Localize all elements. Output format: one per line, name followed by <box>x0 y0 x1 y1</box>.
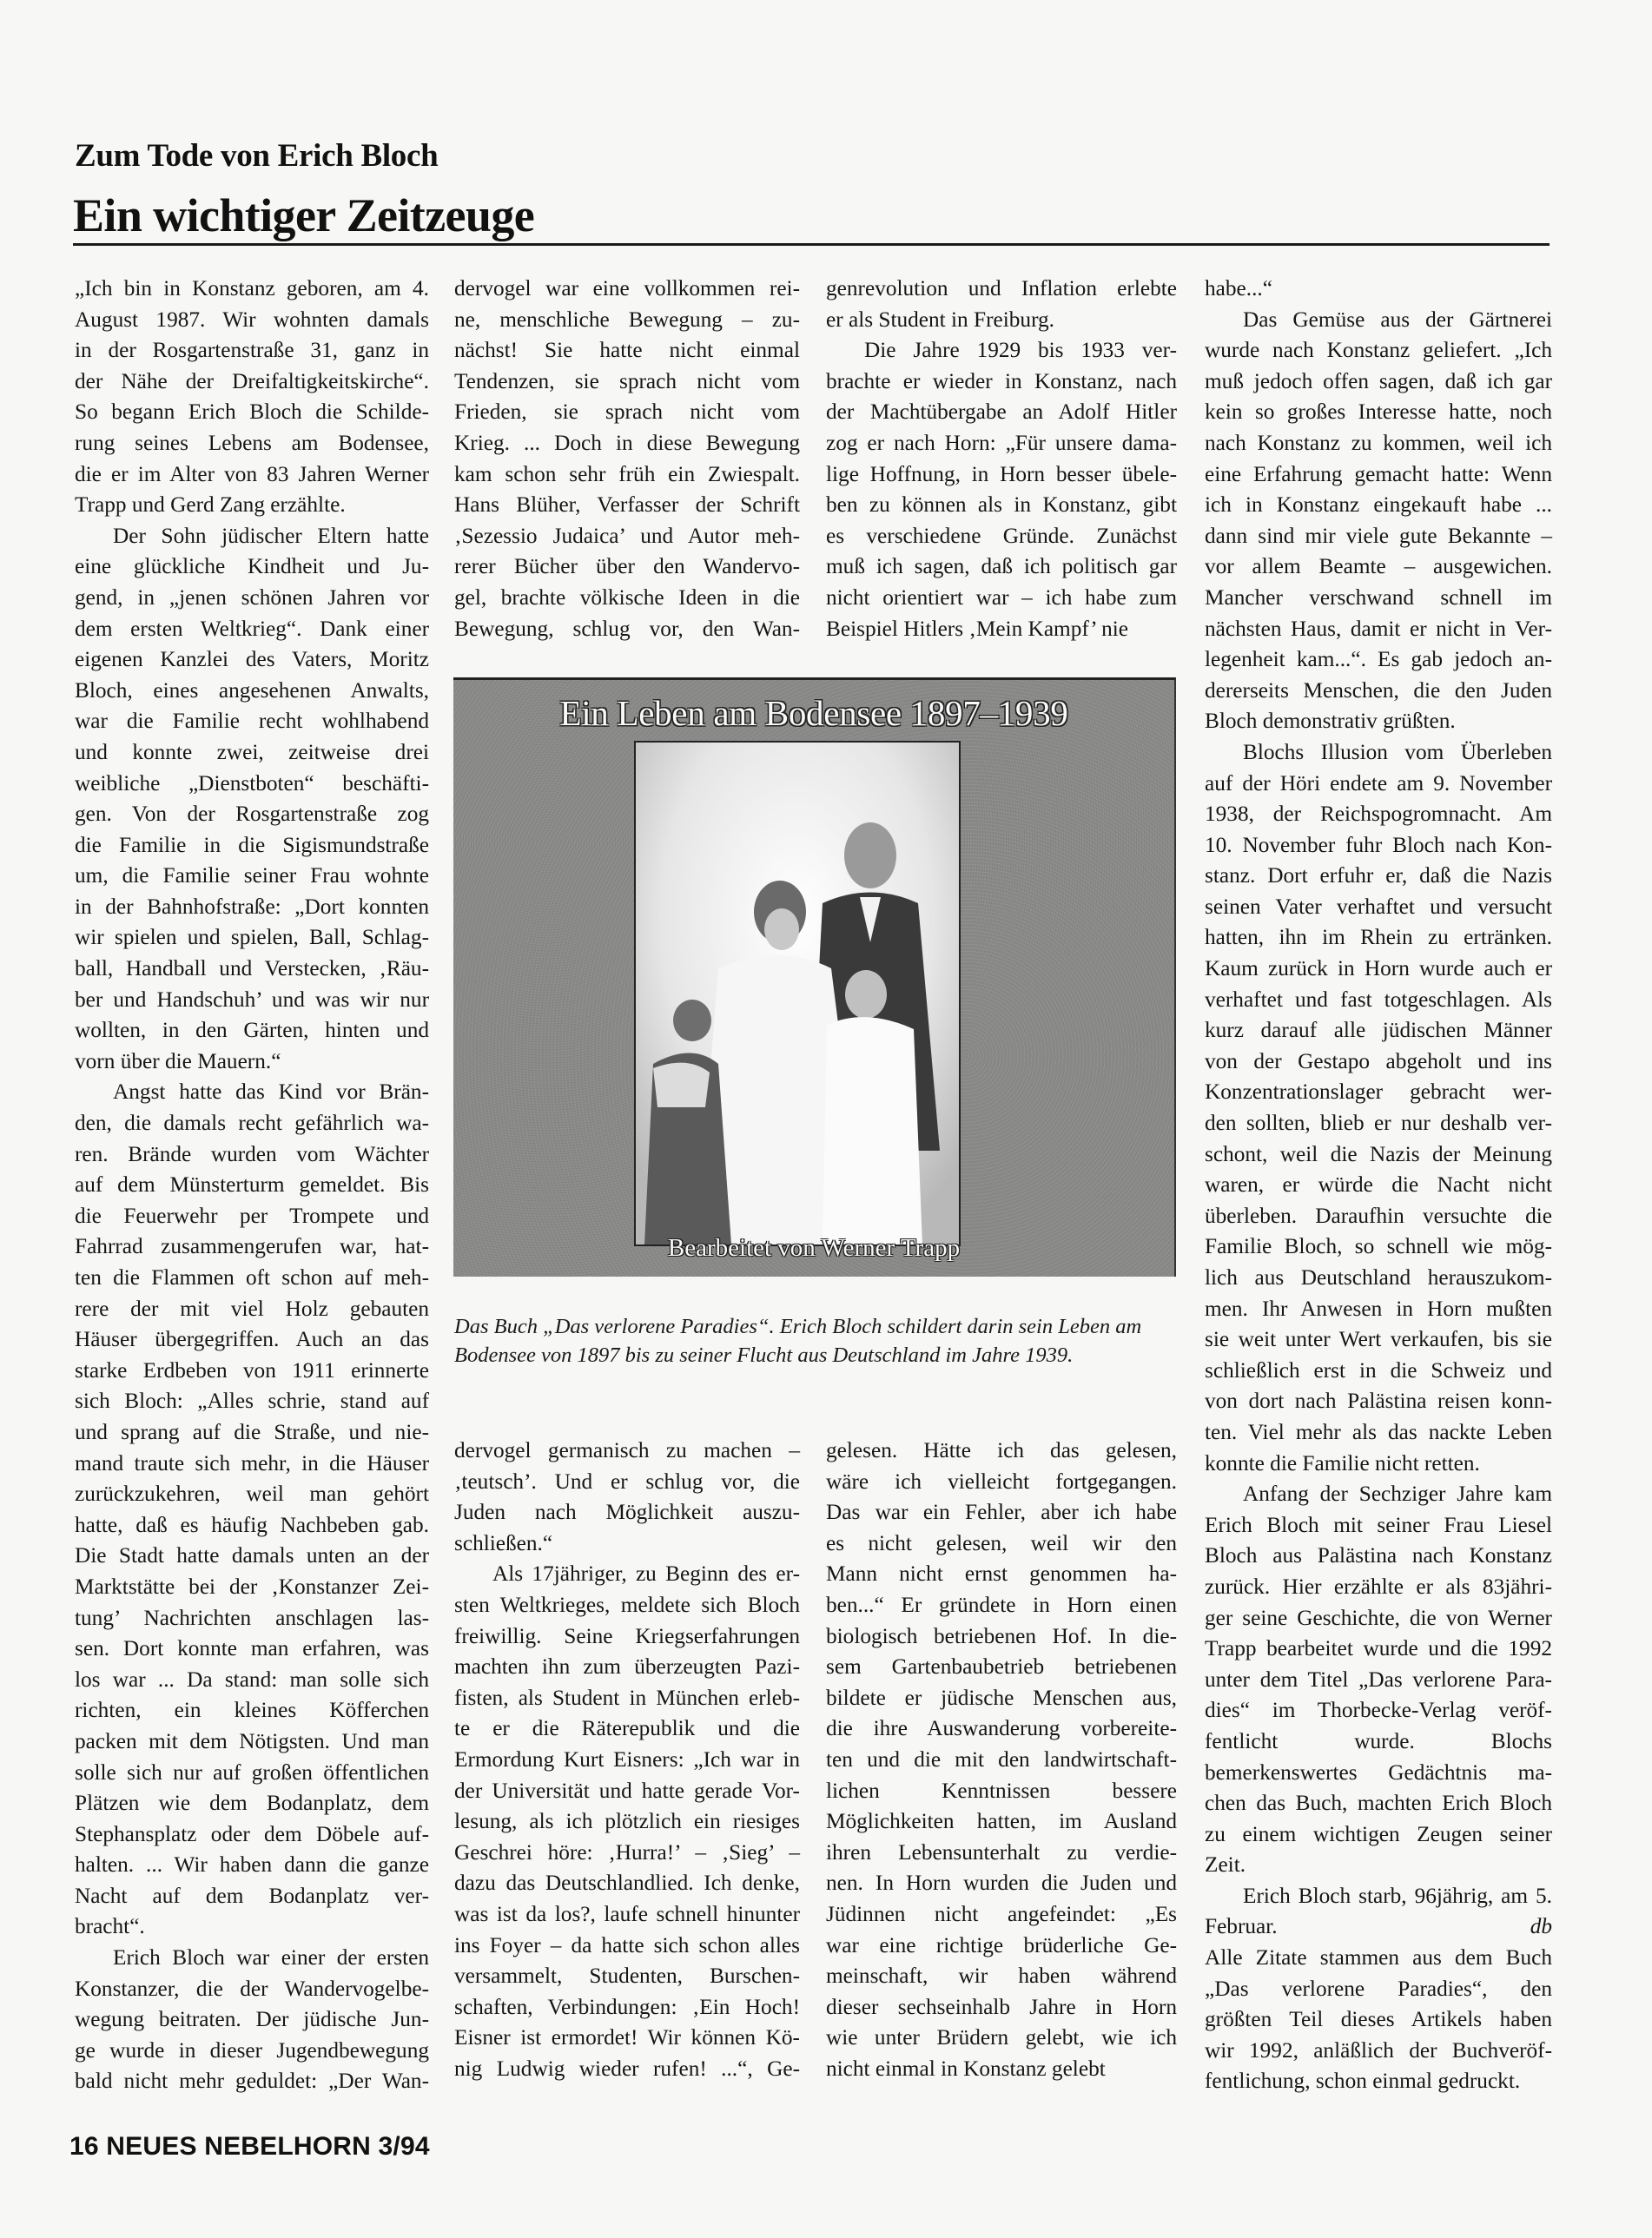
text-line: waren, er würde die Nacht nicht <box>1205 1170 1552 1201</box>
text-line: konnte die Familie nicht retten. <box>1205 1449 1552 1480</box>
text-line: schont, weil die Nazis der Meinung <box>1205 1139 1552 1171</box>
text-line: schaften, Verbindungen: ‚Ein Hoch! <box>454 1992 800 2023</box>
text-line: unter dem Titel „Das verlorene Para- <box>1205 1665 1552 1696</box>
text-line: So begann Erich Bloch die Schilde- <box>75 397 429 428</box>
column-1: „Ich bin in Konstanz geboren, am 4.Augus… <box>75 274 429 2097</box>
text-line: chen das Buch, machten Erich Bloch <box>1205 1788 1552 1819</box>
text-line: versammelt, Studenten, Burschen- <box>454 1961 800 1992</box>
text-line: es nicht gelesen, weil wir den <box>826 1528 1177 1560</box>
text-line: vorn über die Mauern.“ <box>75 1046 429 1078</box>
text-line: zurückzukehren, weil man gehört <box>75 1479 429 1510</box>
text-line: „Ich bin in Konstanz geboren, am 4. <box>75 274 429 305</box>
text-line: was ist da los?, laufe schnell hinunter <box>454 1899 800 1931</box>
column-3-top: genrevolution und Inflation erlebteer al… <box>826 274 1177 644</box>
text-line: eine Erfahrung gemacht hatte: Wenn <box>1205 459 1552 491</box>
text-line: Ermordung Kurt Eisners: „Ich war in <box>454 1745 800 1776</box>
text-line: vor allem Beamte – ausgewichen. <box>1205 551 1552 583</box>
text-line: den sollten, blieb er nur deshalb ver- <box>1205 1108 1552 1139</box>
text-line: es verschiedene Gründe. Zunächst <box>826 521 1177 552</box>
text-line: ber und Handschuh’ und was wir nur <box>75 985 429 1016</box>
text-line: auf dem Münsterturm gemeldet. Bis <box>75 1170 429 1201</box>
text-line: Als 17jähriger, zu Beginn des er- <box>454 1559 800 1590</box>
text-line: ben zu können als in Konstanz, gibt <box>826 490 1177 521</box>
article-headline: Ein wichtiger Zeitzeuge <box>73 189 534 241</box>
text-line: kam schon sehr früh ein Zwiespalt. <box>454 459 800 491</box>
text-line: Mancher verschwand schnell im <box>1205 583 1552 614</box>
text-line: halten. ... Wir haben dann die ganze <box>75 1850 429 1881</box>
text-line: Fahrrad zusammengerufen war, hat- <box>75 1231 429 1263</box>
book-cover-credit: Bearbeitet von Werner Trapp <box>453 1234 1174 1263</box>
text-line: seinen Vater verhaftet und versucht <box>1205 892 1552 923</box>
figure-caption: Das Buch „Das verlorene Paradies“. Erich… <box>454 1313 1177 1370</box>
text-line: Geschrei höre: ‚Hurra!’ – ‚Sieg’ – <box>454 1838 800 1869</box>
text-line: Tendenzen, sie sprach nicht vom <box>454 366 800 398</box>
text-line: dies“ im Thorbecke-Verlag veröf- <box>1205 1695 1552 1726</box>
text-line: sie weit unter Wert verkaufen, bis sie <box>1205 1324 1552 1356</box>
text-line: kurz darauf alle jüdischen Männer <box>1205 1015 1552 1046</box>
text-line: Kaum zurück in Horn wurde auch er <box>1205 954 1552 985</box>
text-line: Bewegung, schlug vor, den Wan- <box>454 614 800 645</box>
text-line: wir spielen und spielen, Ball, Schlag- <box>75 922 429 954</box>
text-line: Trapp und Gerd Zang erzählte. <box>75 490 429 521</box>
text-line: dererseits Menschen, die den Juden <box>1205 676 1552 707</box>
text-line: ich in Konstanz eingekauft habe ... <box>1205 490 1552 521</box>
text-line: Erich Bloch war einer der ersten <box>75 1943 429 1974</box>
text-line: Anfang der Sechziger Jahre kam <box>1205 1479 1552 1510</box>
text-line: tung’ Nachrichten anschlagen las- <box>75 1603 429 1634</box>
column-2-top: dervogel war eine vollkommen rei-ne, men… <box>454 274 800 644</box>
text-line: die ihre Auswanderung vorbereite- <box>826 1713 1177 1745</box>
text-line: Die Stadt hatte damals unten an der <box>75 1541 429 1572</box>
text-line: rung seines Lebens am Bodensee, <box>75 428 429 459</box>
text-line: lige Hoffnung, in Horn besser übele- <box>826 459 1177 491</box>
text-line: eigenen Kanzlei des Vaters, Moritz <box>75 644 429 676</box>
text-line: nicht orientiert war – ich habe zum <box>826 583 1177 614</box>
text-line: und sprang auf die Straße, und nie- <box>75 1417 429 1449</box>
text-line: war die Familie recht wohlhabend <box>75 706 429 737</box>
text-line: Möglichkeiten hatten, im Ausland <box>826 1806 1177 1838</box>
text-line: stanz. Dort erfuhr er, daß die Nazis <box>1205 861 1552 892</box>
text-line: te er die Räterepublik und die <box>454 1713 800 1745</box>
text-line: bracht“. <box>75 1911 429 1943</box>
text-line: hatte, daß es häufig Nachbeben gab. <box>75 1510 429 1542</box>
text-line: er als Student in Freiburg. <box>826 305 1177 336</box>
text-line: nach Konstanz zu kommen, weil ich <box>1205 428 1552 459</box>
text-line: „Das verlorene Paradies“, den <box>1205 1974 1552 2005</box>
text-line: Bloch aus Palästina nach Konstanz <box>1205 1541 1552 1572</box>
text-line: wurde nach Konstanz geliefert. „Ich <box>1205 335 1552 366</box>
text-line: ten die Flammen oft schon auf meh- <box>75 1263 429 1294</box>
text-line: dazu das Deutschlandlied. Ich denke, <box>454 1868 800 1899</box>
text-line: sich Bloch: „Alles schrie, stand auf <box>75 1386 429 1417</box>
text-line: die Feuerwehr per Trompete und <box>75 1201 429 1232</box>
text-line: Erich Bloch mit seiner Frau Liesel <box>1205 1510 1552 1542</box>
text-line: Das Gemüse aus der Gärtnerei <box>1205 305 1552 336</box>
text-line: weibliche „Dienstboten“ beschäfti- <box>75 769 429 800</box>
text-line: kein so großes Interesse hatte, noch <box>1205 397 1552 428</box>
family-portrait-photo <box>634 741 961 1246</box>
text-line: Marktstätte bei der ‚Konstanzer Zei- <box>75 1572 429 1603</box>
text-line: ren. Brände wurden vom Wächter <box>75 1139 429 1171</box>
text-line: den, die damals recht gefährlich wa- <box>75 1108 429 1139</box>
text-line: dervogel war eine vollkommen rei- <box>454 274 800 305</box>
text-line: zu einem wichtigen Zeugen seiner <box>1205 1819 1552 1851</box>
text-line: der Nähe der Dreifaltigkeitskirche“. <box>75 366 429 398</box>
text-line: sen. Dort konnte man erfahren, was <box>75 1634 429 1665</box>
text-line: lich aus Deutschland herauszukom- <box>1205 1263 1552 1294</box>
page-footer: 16 NEUES NEBELHORN 3/94 <box>69 2132 430 2162</box>
text-line: zog er nach Horn: „Für unsere dama- <box>826 428 1177 459</box>
text-line: starke Erdbeben von 1911 erinnerte <box>75 1356 429 1387</box>
text-line: fentlichung, schon einmal gedruckt. <box>1205 2066 1552 2097</box>
text-line: ne, menschliche Bewegung – zu- <box>454 305 800 336</box>
text-line: Bloch, eines angesehenen Anwalts, <box>75 676 429 707</box>
text-line: ihren Lebensunterhalt zu verdie- <box>826 1838 1177 1869</box>
text-line: gen. Von der Rosgartenstraße zog <box>75 799 429 830</box>
text-line: Trapp bearbeitet wurde und die 1992 <box>1205 1634 1552 1665</box>
text-line: der Universität und hatte gerade Vor- <box>454 1776 800 1807</box>
text-line: biologisch betriebenen Hof. In die- <box>826 1621 1177 1653</box>
text-line: von dort nach Palästina reisen konn- <box>1205 1386 1552 1417</box>
text-line: wegung beitraten. Der jüdische Jun- <box>75 2004 429 2036</box>
text-line: richten, ein kleines Köfferchen <box>75 1695 429 1726</box>
text-line: legenheit kam...“. Es gab jedoch an- <box>1205 644 1552 676</box>
text-line: rere der mit viel Holz gebauten <box>75 1294 429 1325</box>
text-line: ten und die mit den landwirtschaft- <box>826 1745 1177 1776</box>
text-line: Plätzen wie dem Bodanplatz, dem <box>75 1788 429 1819</box>
text-line: zurück. Hier erzählte er als 83jähri- <box>1205 1572 1552 1603</box>
text-line: Beispiel Hitlers ‚Mein Kampf’ nie <box>826 614 1177 645</box>
text-line: los war ... Da stand: man solle sich <box>75 1665 429 1696</box>
text-line: ins Foyer – da hatte sich schon alles <box>454 1931 800 1962</box>
text-line: bemerkenswertes Gedächtnis ma- <box>1205 1758 1552 1789</box>
text-line: lesung, als ich plötzlich ein riesiges <box>454 1806 800 1838</box>
family-portrait-illustration <box>636 743 959 1244</box>
book-cover-figure: Ein Leben am Bodensee 1897–1939 <box>453 677 1176 1277</box>
text-line: Das war ein Fehler, aber ich habe <box>826 1497 1177 1528</box>
text-line: um, die Familie seiner Frau wohnte <box>75 861 429 892</box>
text-line: fentlicht wurde. Blochs <box>1205 1726 1552 1758</box>
text-line: von der Gestapo abgeholt und ins <box>1205 1046 1552 1078</box>
text-line: sem Gartenbaubetrieb betriebenen <box>826 1652 1177 1683</box>
column-2-bottom: dervogel germanisch zu machen –‚teutsch’… <box>454 1436 800 2084</box>
text-line: dervogel germanisch zu machen – <box>454 1436 800 1467</box>
text-line: dieser sechseinhalb Jahre in Horn <box>826 1992 1177 2023</box>
text-line: Alle Zitate stammen aus dem Buch <box>1205 1943 1552 1974</box>
text-line: brachte er wieder in Konstanz, nach <box>826 366 1177 398</box>
text-line: Häuser übergegriffen. Auch an das <box>75 1324 429 1356</box>
text-line: muß ich sagen, daß ich politisch gar <box>826 551 1177 583</box>
text-line: habe...“ <box>1205 274 1552 305</box>
text-line: Frieden, sie sprach nicht vom <box>454 397 800 428</box>
text-line: dann sind mir viele gute Bekannte – <box>1205 521 1552 552</box>
text-line: ‚teutsch’. Und er schlug vor, die <box>454 1467 800 1498</box>
text-line: Februar.db <box>1205 1911 1552 1943</box>
text-line: in der Bahnhofstraße: „Dort konnten <box>75 892 429 923</box>
text-line: verhaftet und fast totgeschlagen. Als <box>1205 985 1552 1016</box>
text-line: dem ersten Weltkrieg“. Dank einer <box>75 614 429 645</box>
text-line: solle sich nur auf großen öffentlichen <box>75 1758 429 1789</box>
text-line: ge wurde in dieser Jugendbewegung <box>75 2036 429 2067</box>
text-line: nächst! Sie hatte nicht einmal <box>454 335 800 366</box>
text-line: fisten, als Student in München erleb- <box>454 1683 800 1714</box>
text-line: Krieg. ... Doch in diese Bewegung <box>454 428 800 459</box>
text-line: schließen.“ <box>454 1528 800 1560</box>
text-line: nicht einmal in Konstanz gelebt <box>826 2054 1177 2085</box>
text-line: schließlich erst in die Schweiz und <box>1205 1356 1552 1387</box>
text-line: lichen Kenntnissen bessere <box>826 1776 1177 1807</box>
text-line: eine glückliche Kindheit und Ju- <box>75 551 429 583</box>
text-line: Zeit. <box>1205 1850 1552 1881</box>
text-line: der Machtübergabe an Adolf Hitler <box>826 397 1177 428</box>
text-line: Angst hatte das Kind vor Brän- <box>75 1077 429 1108</box>
text-line: gelesen. Hätte ich das gelesen, <box>826 1436 1177 1467</box>
book-cover-title: Ein Leben am Bodensee 1897–1939 <box>453 692 1174 734</box>
headline-rule <box>73 243 1550 246</box>
text-line: größten Teil dieses Artikels haben <box>1205 2004 1552 2036</box>
text-line: wäre ich vielleicht fortgegangen. <box>826 1467 1177 1498</box>
text-line: wir 1992, anläßlich der Buchveröf- <box>1205 2036 1552 2067</box>
text-line: in der Rosgartenstraße 31, ganz in <box>75 335 429 366</box>
article-kicker: Zum Tode von Erich Bloch <box>75 137 438 175</box>
text-line: Familie Bloch, so schnell wie mög- <box>1205 1231 1552 1263</box>
text-line: Der Sohn jüdischer Eltern hatte <box>75 521 429 552</box>
text-line: bald nicht mehr geduldet: „Der Wan- <box>75 2066 429 2097</box>
text-line: meinschaft, wir haben während <box>826 1961 1177 1992</box>
text-line: war eine richtige brüderliche Ge- <box>826 1931 1177 1962</box>
text-line: nächsten Haus, damit er nicht in Ver- <box>1205 614 1552 645</box>
text-line: Blochs Illusion vom Überleben <box>1205 737 1552 769</box>
text-line: 1938, der Reichspogromnacht. Am <box>1205 799 1552 830</box>
text-line: sten Weltkrieges, meldete sich Bloch <box>454 1590 800 1621</box>
text-line: gel, brachte völkische Ideen in die <box>454 583 800 614</box>
text-line: Konzentrationslager gebracht wer- <box>1205 1077 1552 1108</box>
text-line: wollten, in den Gärten, hinten und <box>75 1015 429 1046</box>
text-line: packen mit dem Nötigsten. Und man <box>75 1726 429 1758</box>
text-line: auf der Höri endete am 9. November <box>1205 769 1552 800</box>
text-line: genrevolution und Inflation erlebte <box>826 274 1177 305</box>
text-line: mand traute sich mehr, in die Häuser <box>75 1449 429 1480</box>
column-3-bottom: gelesen. Hätte ich das gelesen,wäre ich … <box>826 1436 1177 2084</box>
text-line: ‚Sezessio Judaica’ und Autor meh- <box>454 521 800 552</box>
text-line: 10. November fuhr Bloch nach Kon- <box>1205 830 1552 862</box>
text-line: nen. In Horn wurden die Juden und <box>826 1868 1177 1899</box>
text-line: rerer Bücher über den Wandervo- <box>454 551 800 583</box>
text-line: ball, Handball und Verstecken, ‚Räu- <box>75 954 429 985</box>
text-line: wie unter Brüdern gelebt, wie ich <box>826 2023 1177 2054</box>
text-line: Stephansplatz oder dem Döbele auf- <box>75 1819 429 1851</box>
text-line: überleben. Daraufhin versuchte die <box>1205 1201 1552 1232</box>
text-line: Jüdinnen nicht angefeindet: „Es <box>826 1899 1177 1931</box>
text-line: Mann nicht ernst genommen ha- <box>826 1559 1177 1590</box>
text-line: Nacht auf dem Bodanplatz ver- <box>75 1881 429 1912</box>
text-line: hatten, ihn im Rhein zu ertränken. <box>1205 922 1552 954</box>
text-line: Eisner ist ermordet! Wir können Kö- <box>454 2023 800 2054</box>
text-line: bildete er jüdische Menschen aus, <box>826 1683 1177 1714</box>
text-line: die Familie in die Sigismundstraße <box>75 830 429 862</box>
text-line: muß jedoch offen sagen, daß ich gar <box>1205 366 1552 398</box>
text-line: Erich Bloch starb, 96jährig, am 5. <box>1205 1881 1552 1912</box>
text-line: machten ihn zum überzeugten Pazi- <box>454 1652 800 1683</box>
text-line: und konnte zwei, zeitweise drei <box>75 737 429 769</box>
text-line: August 1987. Wir wohnten damals <box>75 305 429 336</box>
text-line: Juden nach Möglichkeit auszu- <box>454 1497 800 1528</box>
text-line: nig Ludwig wieder rufen! ...“, Ge- <box>454 2054 800 2085</box>
text-line: gend, in „jenen schönen Jahren vor <box>75 583 429 614</box>
text-line: Konstanzer, die der Wandervogelbe- <box>75 1974 429 2005</box>
author-signature: db <box>1530 1911 1552 1943</box>
text-line: ger seine Geschichte, die von Werner <box>1205 1603 1552 1634</box>
text-line: Bloch demonstrativ grüßten. <box>1205 706 1552 737</box>
text-line: Die Jahre 1929 bis 1933 ver- <box>826 335 1177 366</box>
text-line: ten. Viel mehr als das nackte Leben <box>1205 1417 1552 1449</box>
column-4: habe...“Das Gemüse aus der Gärtnereiwurd… <box>1205 274 1552 2097</box>
text-line: die er im Alter von 83 Jahren Werner <box>75 459 429 491</box>
text-line: Hans Blüher, Verfasser der Schrift <box>454 490 800 521</box>
text-line: men. Ihr Anwesen in Horn mußten <box>1205 1294 1552 1325</box>
text-line: freiwillig. Seine Kriegserfahrungen <box>454 1621 800 1653</box>
text-line: ben...“ Er gründete in Horn einen <box>826 1590 1177 1621</box>
